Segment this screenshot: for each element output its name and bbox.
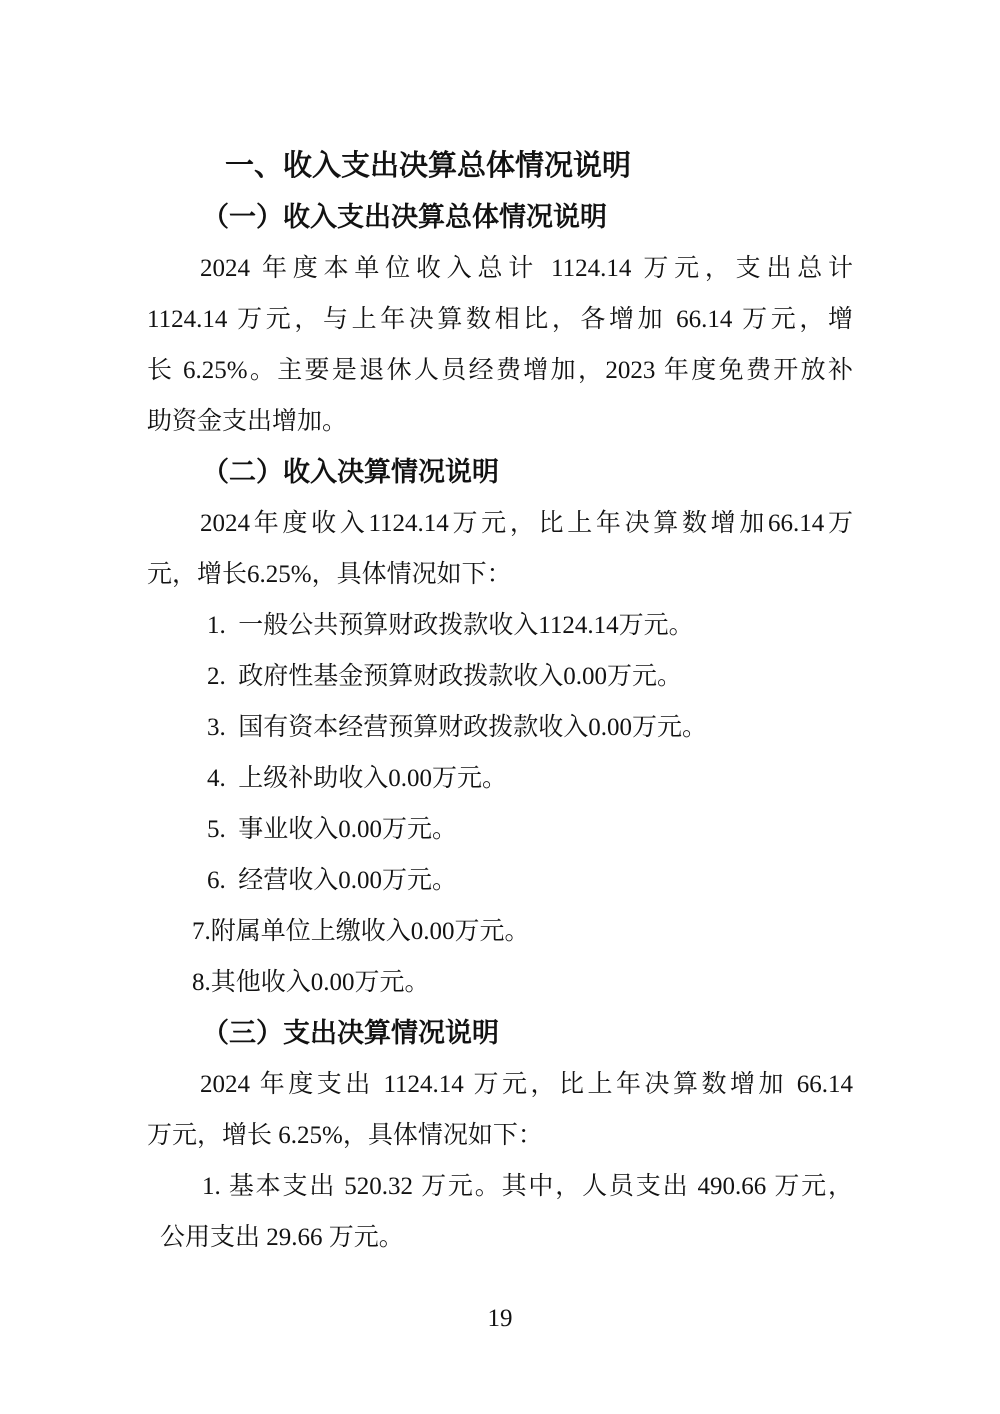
paragraph-line: 万元，增长 6.25%，具体情况如下： [147, 1110, 853, 1161]
list-item-line: 7.附属单位上缴收入0.00万元。 [147, 906, 853, 957]
subsection-heading: （三）支出决算情况说明 [147, 1008, 853, 1059]
list-item-line: 8.其他收入0.00万元。 [147, 957, 853, 1008]
paragraph-line: 2024年度收入1124.14万元，比上年决算数增加66.14万 [147, 498, 853, 549]
list-item-line: 5. 事业收入0.00万元。 [147, 804, 853, 855]
paragraph-line: 2024 年度支出 1124.14 万元，比上年决算数增加 66.14 [147, 1059, 853, 1110]
document-page: 一、收入支出决算总体情况说明（一）收入支出决算总体情况说明2024 年度本单位收… [0, 0, 1000, 1414]
subsection-heading: （二）收入决算情况说明 [147, 447, 853, 498]
paragraph-line: 2024 年度本单位收入总计 1124.14 万元，支出总计 [147, 243, 853, 294]
list-item-line: 6. 经营收入0.00万元。 [147, 855, 853, 906]
page-number: 19 [0, 1293, 1000, 1344]
list-item-line: 4. 上级补助收入0.00万元。 [147, 753, 853, 804]
list-item-line: 2. 政府性基金预算财政拨款收入0.00万元。 [147, 651, 853, 702]
list-item-line: 3. 国有资本经营预算财政拨款收入0.00万元。 [147, 702, 853, 753]
paragraph-line: 1. 基本支出 520.32 万元。其中，人员支出 490.66 万元， [147, 1161, 853, 1212]
paragraph-line: 长 6.25%。主要是退休人员经费增加，2023 年度免费开放补 [147, 345, 853, 396]
document-body: 一、收入支出决算总体情况说明（一）收入支出决算总体情况说明2024 年度本单位收… [147, 141, 853, 1263]
paragraph-line: 助资金支出增加。 [147, 396, 853, 447]
paragraph-line: 1124.14 万元，与上年决算数相比，各增加 66.14 万元，增 [147, 294, 853, 345]
paragraph-line: 公用支出 29.66 万元。 [147, 1212, 853, 1263]
paragraph-line: 元，增长6.25%，具体情况如下： [147, 549, 853, 600]
section-heading: 一、收入支出决算总体情况说明 [147, 141, 853, 192]
subsection-heading: （一）收入支出决算总体情况说明 [147, 192, 853, 243]
list-item-line: 1. 一般公共预算财政拨款收入1124.14万元。 [147, 600, 853, 651]
